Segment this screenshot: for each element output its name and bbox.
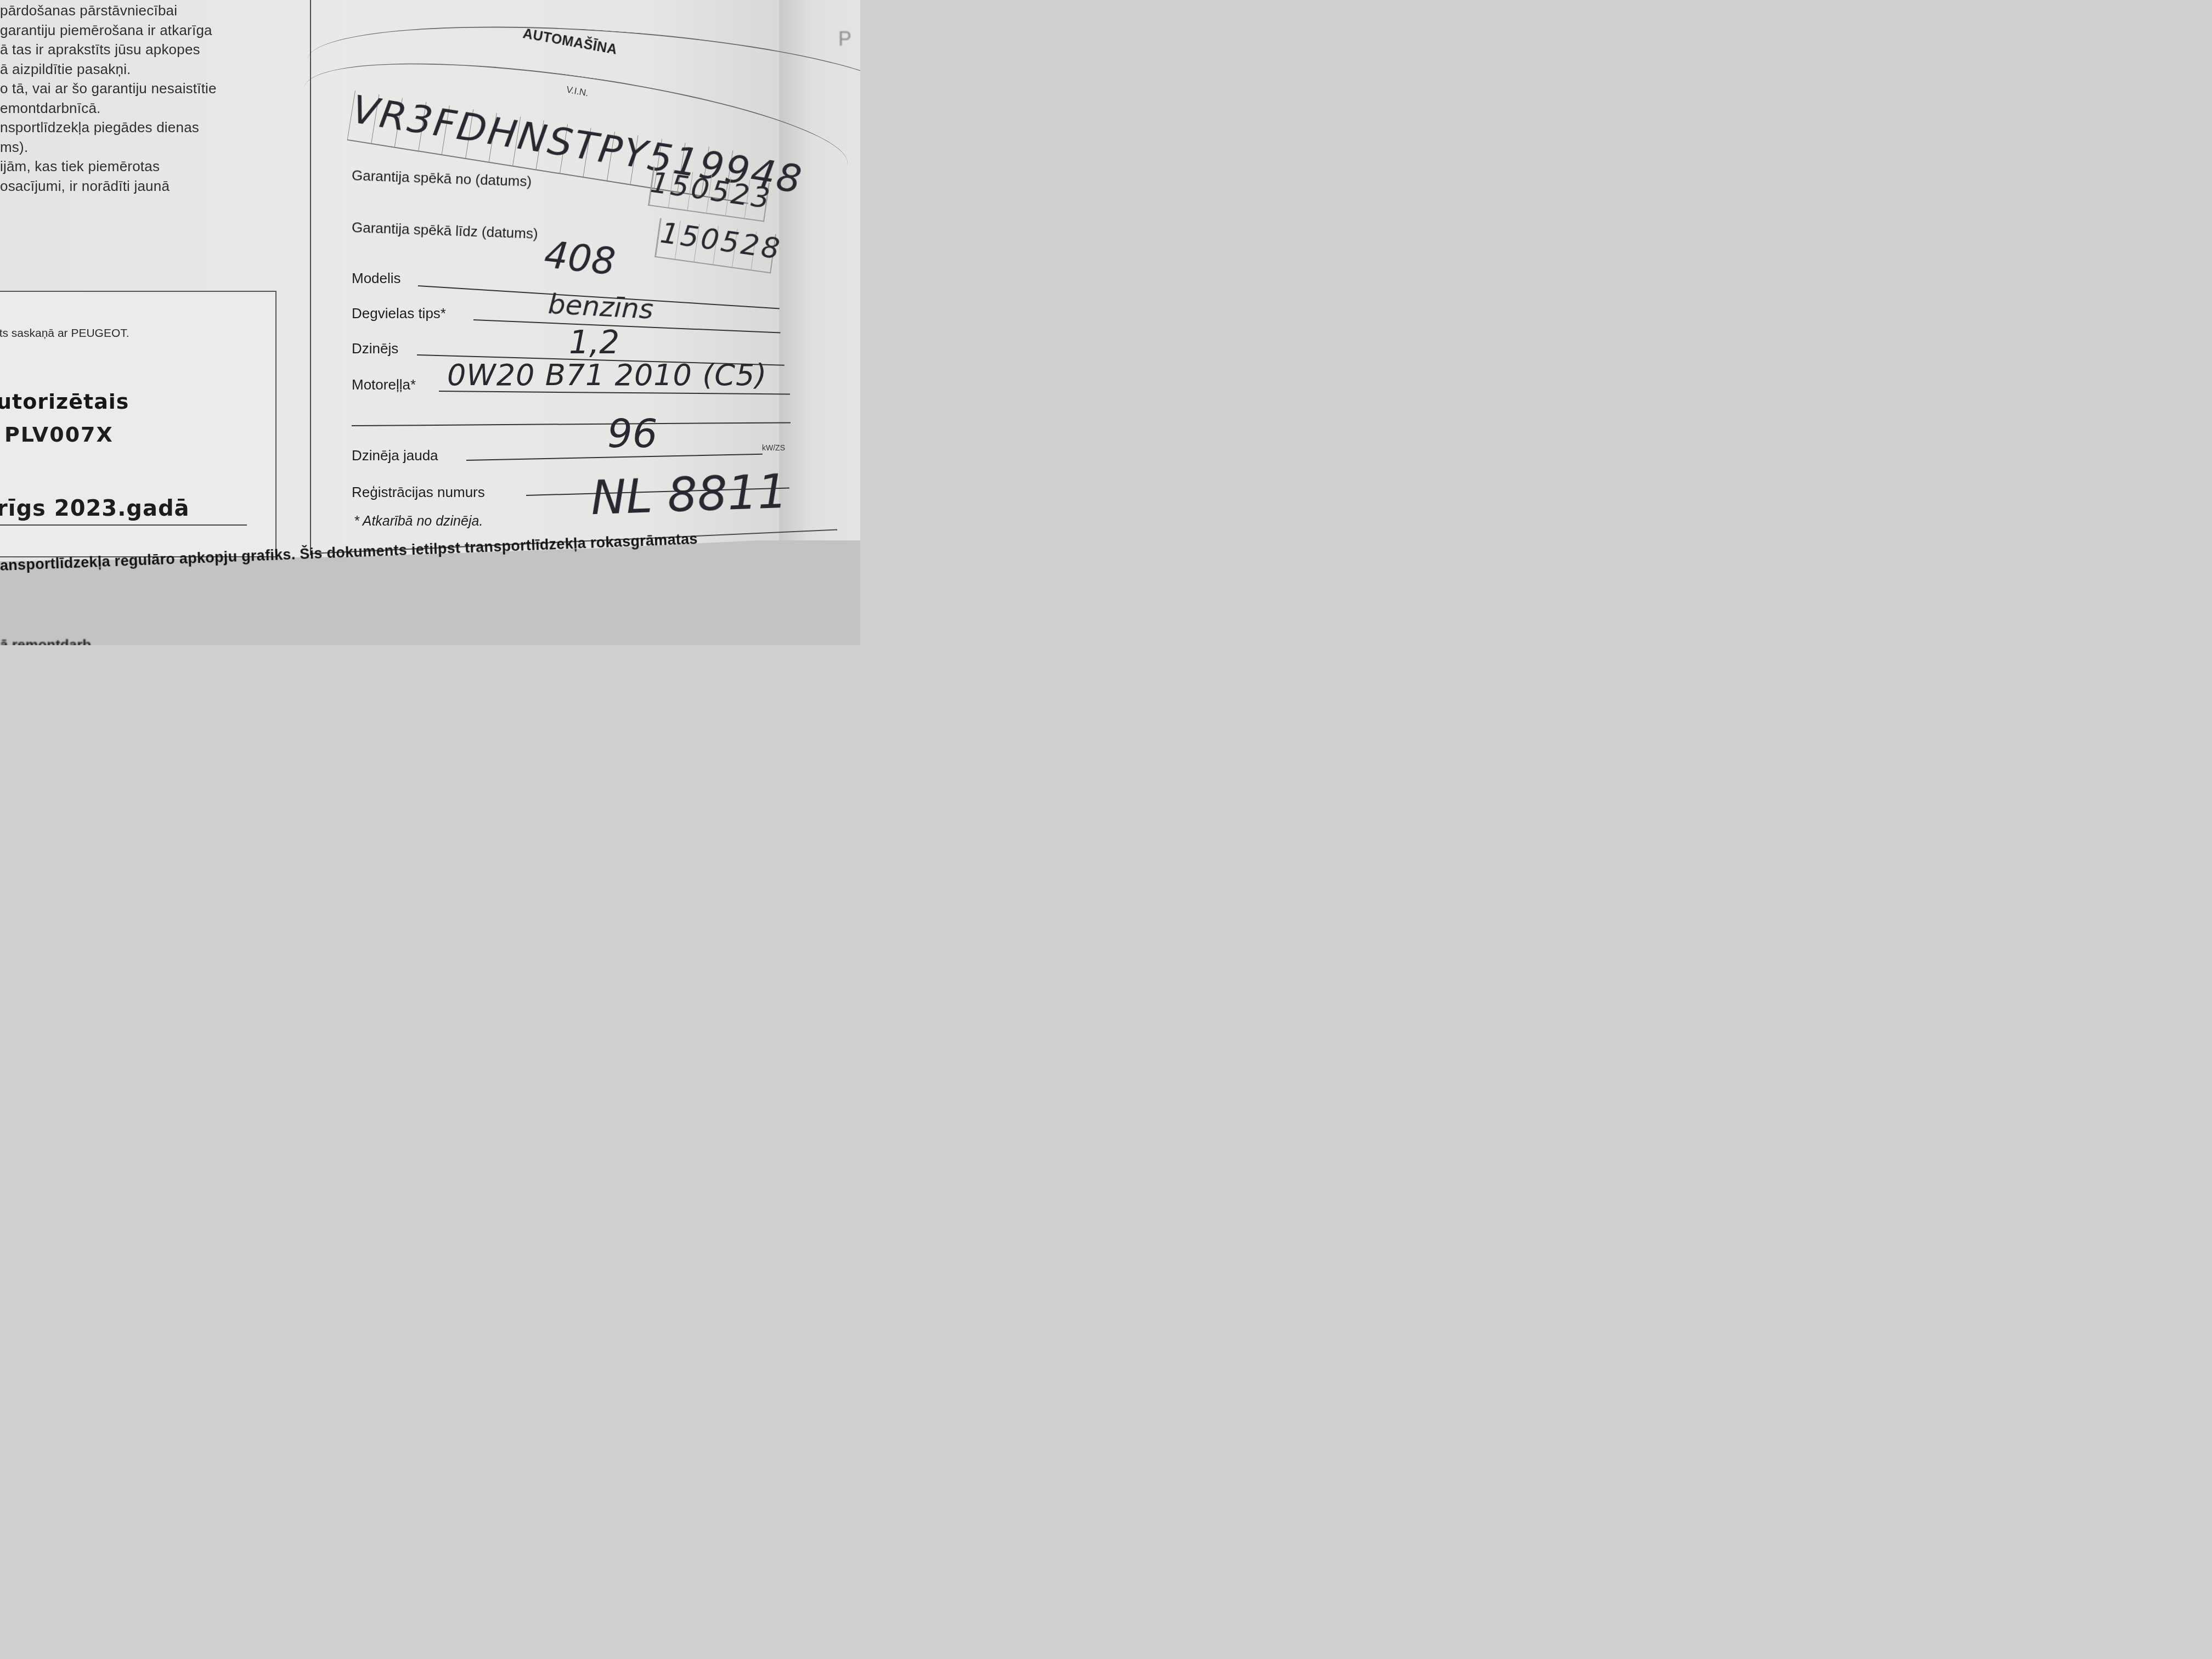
model-value[interactable]: 408	[542, 233, 617, 284]
dealer-stamp-line1: utorizētais	[0, 390, 129, 414]
text-line: ā aizpildītie pasakņi.	[0, 60, 307, 80]
field-label-engine-power: Dzinēja jauda	[352, 447, 438, 464]
engine-power-value[interactable]: 96	[607, 410, 658, 456]
field-label-registration: Reģistrācijas numurs	[352, 484, 485, 501]
field-label-motor-oil: Motoreļļa*	[352, 376, 416, 393]
bottom-text-fragment: ā remontdarb	[0, 636, 91, 645]
motor-oil-value[interactable]: 0W20 B71 2010 (C5)	[447, 358, 767, 392]
dealer-code: PLV007X	[4, 422, 114, 447]
field-label-fuel-type: Degvielas tips*	[352, 305, 446, 322]
next-page-letter: P	[838, 27, 851, 50]
dealer-stamp-box: its saskaņā ar PEUGEOT. utorizētais PLV0…	[0, 291, 276, 557]
warranty-conditions-text: pārdošanas pārstāvniecībai garantiju pie…	[0, 1, 307, 196]
registration-value[interactable]: NL 8811	[590, 464, 788, 526]
text-line: o tā, vai ar šo garantiju nesaistītie	[0, 79, 307, 99]
text-line: osacījumi, ir norādīti jaunā	[0, 177, 307, 196]
text-line: emontdarbnīcā.	[0, 99, 307, 119]
text-line: pārdošanas pārstāvniecībai	[0, 1, 307, 21]
blank-line	[352, 422, 791, 426]
text-line: ā tas ir aprakstīts jūsu apkopes	[0, 40, 307, 60]
field-label-engine: Dzinējs	[352, 340, 398, 357]
text-line: ms).	[0, 138, 307, 157]
vehicle-form: AUTOMAŠĪNA V.I.N. VR3FDHNSTPY519948 Gara…	[310, 0, 805, 555]
validity-stamp: rīgs 2023.gadā	[0, 496, 190, 521]
fuel-type-value[interactable]: benzīns	[548, 288, 654, 325]
signature-line	[0, 524, 247, 526]
engine-value[interactable]: 1,2	[569, 324, 619, 361]
text-line: nsportlīdzekļa piegādes dienas	[0, 118, 307, 138]
field-label-model: Modelis	[352, 270, 401, 287]
engine-power-unit: kW/ZS	[762, 443, 785, 452]
text-line: garantiju piemērošana ir atkarīga	[0, 21, 307, 41]
footnote: * Atkarībā no dzinēja.	[354, 513, 483, 529]
text-line: ijām, kas tiek piemērotas	[0, 157, 307, 177]
compliance-text: its saskaņā ar PEUGEOT.	[0, 327, 129, 340]
